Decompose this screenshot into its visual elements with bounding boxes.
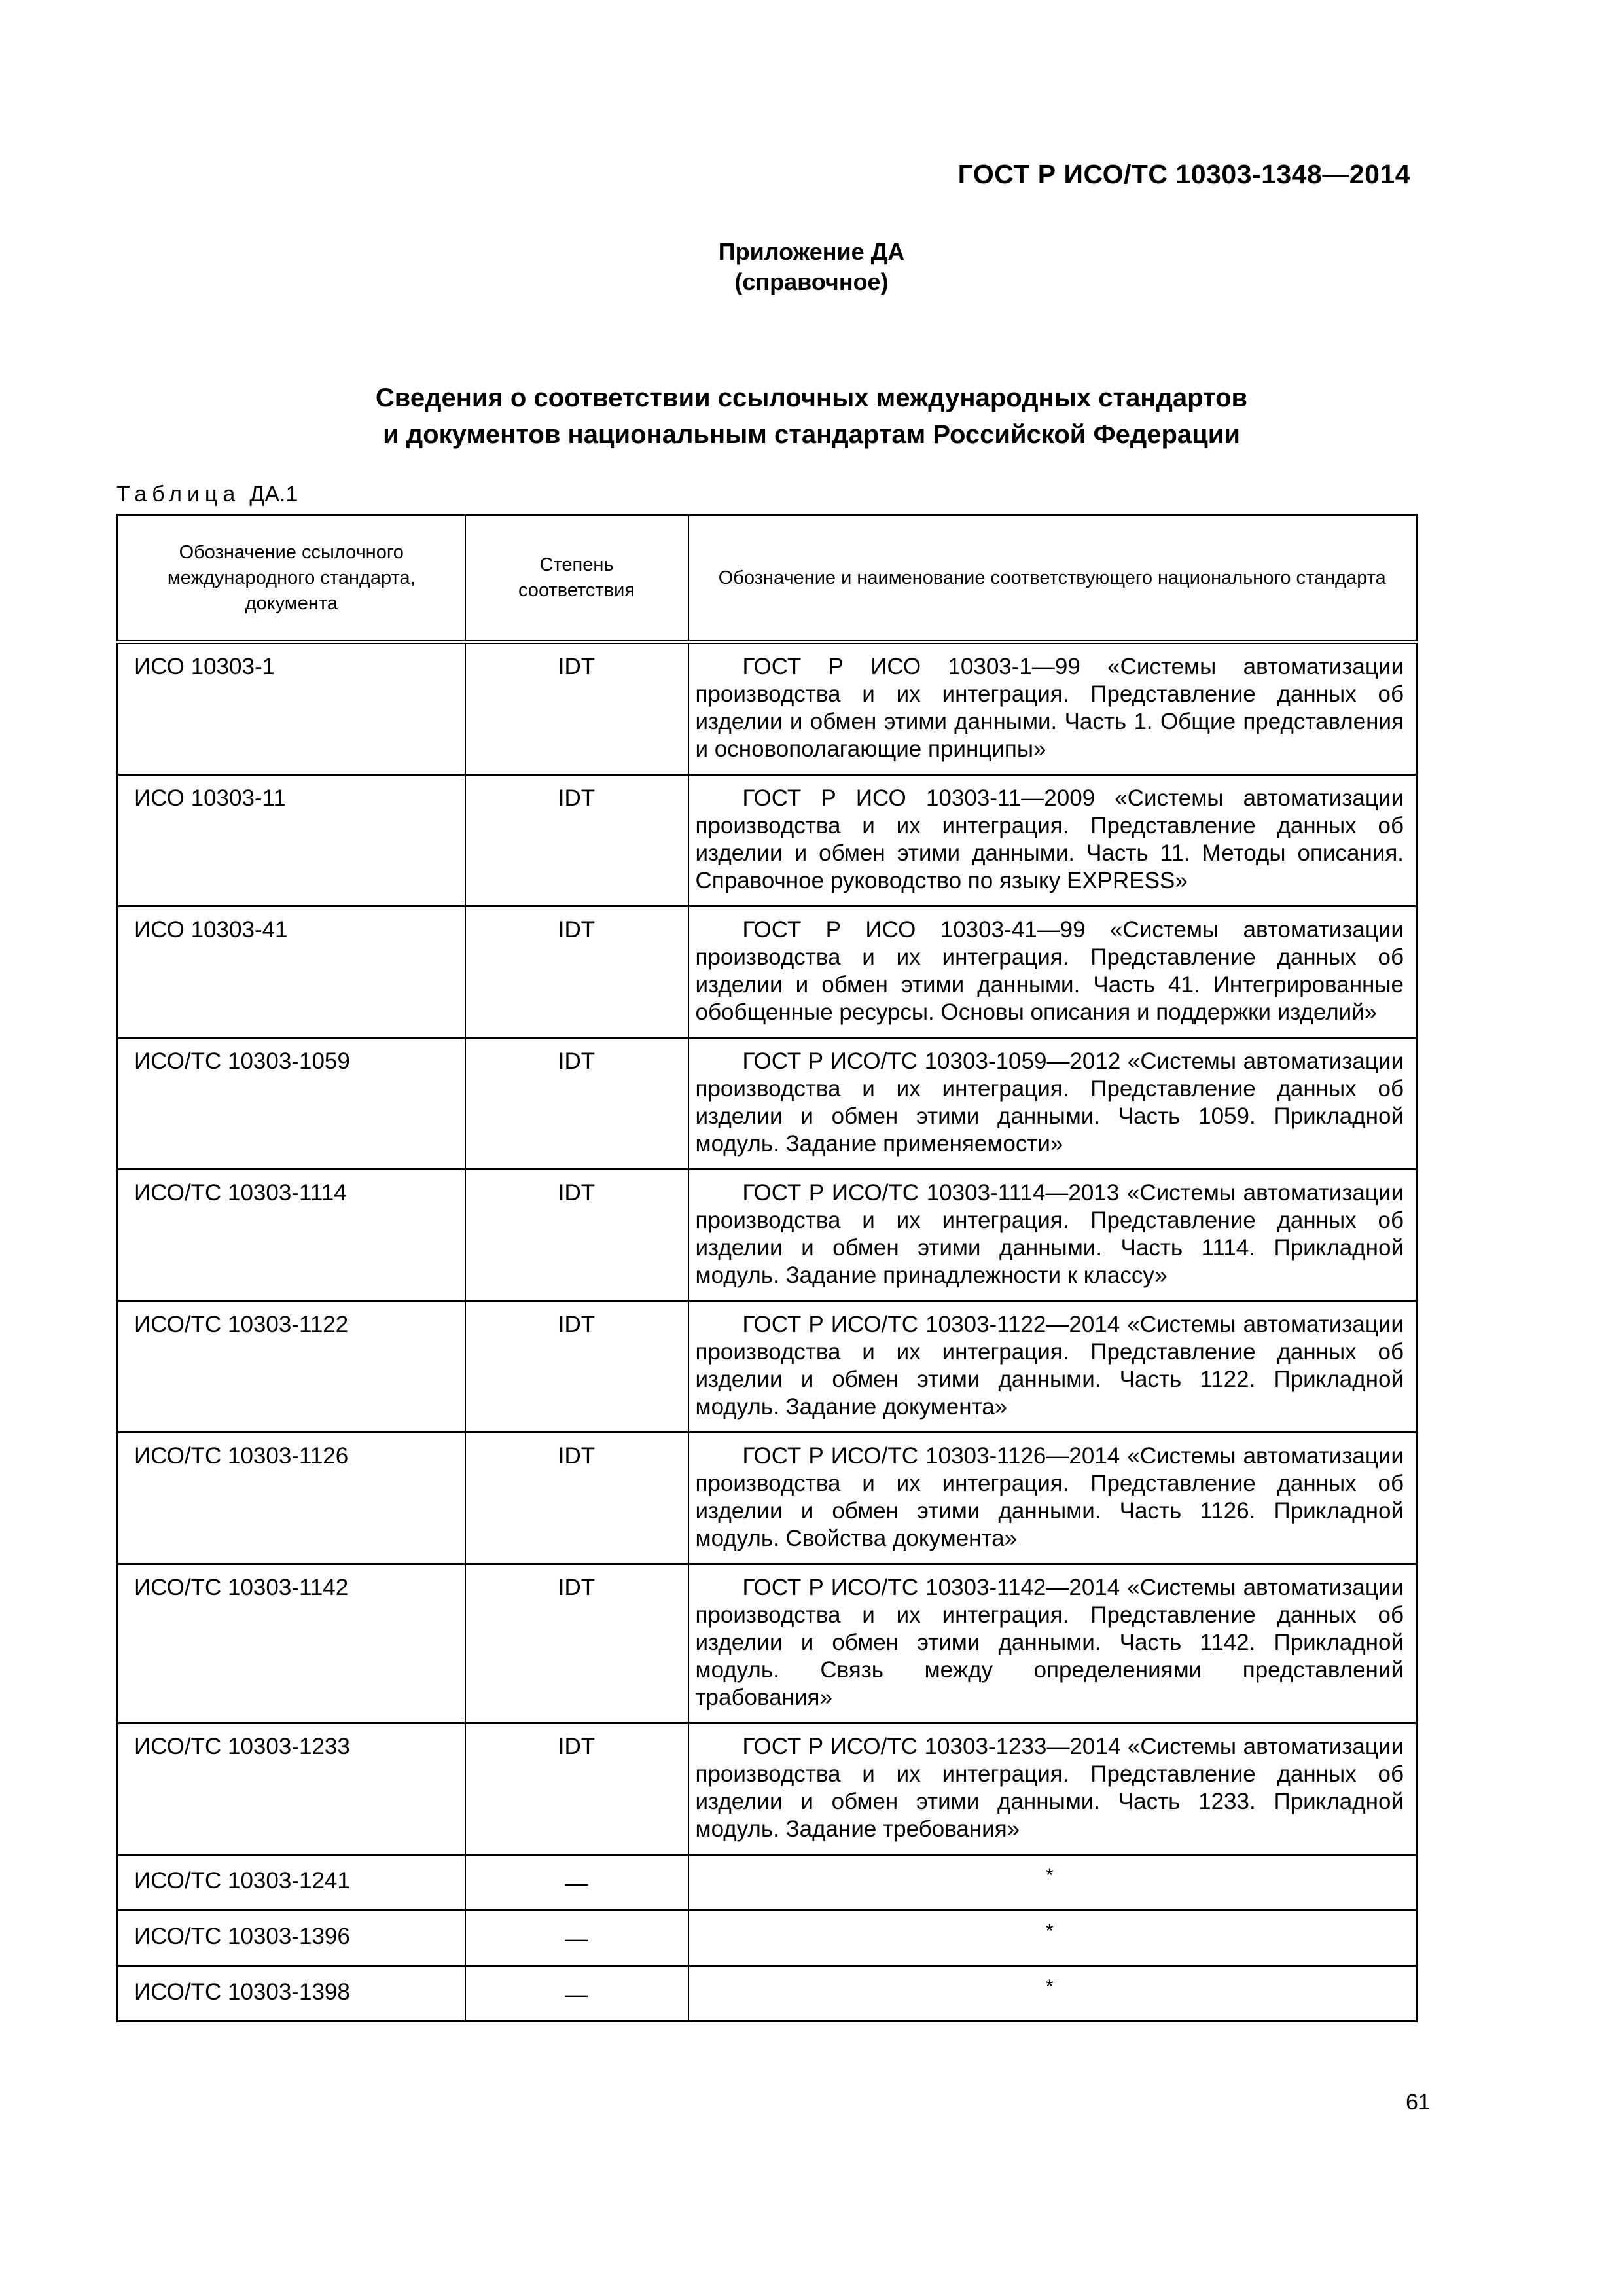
appendix-title-line-1: Сведения о соответствии ссылочных междун… — [0, 380, 1623, 416]
appendix-heading: Приложение ДА (справочное) — [0, 237, 1623, 297]
cell-national-standard: ГОСТ Р ИСО/ТС 10303-1126—2014 «Системы а… — [688, 1433, 1417, 1564]
table-row: ИСО/ТС 10303-1059IDTГОСТ Р ИСО/ТС 10303-… — [118, 1038, 1417, 1170]
table-row: ИСО/ТС 10303-1142IDTГОСТ Р ИСО/ТС 10303-… — [118, 1564, 1417, 1723]
cell-reference: ИСО/ТС 10303-1396 — [118, 1910, 465, 1966]
table-row: ИСО/ТС 10303-1233IDTГОСТ Р ИСО/ТС 10303-… — [118, 1723, 1417, 1855]
cell-national-standard: ГОСТ Р ИСО/ТС 10303-1114—2013 «Системы а… — [688, 1170, 1417, 1301]
cell-degree: — — [465, 1855, 688, 1910]
column-header-degree: Степень соответствия — [465, 515, 688, 643]
table-caption-word: Таблица — [116, 482, 240, 507]
cell-reference: ИСО/ТС 10303-1241 — [118, 1855, 465, 1910]
table-row: ИСО/ТС 10303-1122IDTГОСТ Р ИСО/ТС 10303-… — [118, 1301, 1417, 1433]
cell-degree: IDT — [465, 1038, 688, 1170]
table-header-row: Обозначение ссылочного международного ст… — [118, 515, 1417, 643]
cell-national-standard: ГОСТ Р ИСО 10303-11—2009 «Системы автома… — [688, 775, 1417, 906]
cell-reference: ИСО/ТС 10303-1233 — [118, 1723, 465, 1855]
appendix-title: Сведения о соответствии ссылочных междун… — [0, 380, 1623, 453]
table-row: ИСО/ТС 10303-1114IDTГОСТ Р ИСО/ТС 10303-… — [118, 1170, 1417, 1301]
cell-national-standard: ГОСТ Р ИСО 10303-41—99 «Системы автомати… — [688, 906, 1417, 1038]
cell-degree: IDT — [465, 1170, 688, 1301]
cell-reference: ИСО 10303-1 — [118, 642, 465, 775]
cell-degree: — — [465, 1910, 688, 1966]
correspondence-table: Обозначение ссылочного международного ст… — [116, 514, 1418, 2022]
cell-degree: IDT — [465, 1301, 688, 1433]
cell-degree: IDT — [465, 642, 688, 775]
cell-reference: ИСО/ТС 10303-1114 — [118, 1170, 465, 1301]
cell-national-standard: * — [688, 1855, 1417, 1910]
column-header-national-standard: Обозначение и наименование соответствующ… — [688, 515, 1417, 643]
table-row: ИСО/ТС 10303-1396—* — [118, 1910, 1417, 1966]
cell-reference: ИСО 10303-41 — [118, 906, 465, 1038]
cell-national-standard: ГОСТ Р ИСО/ТС 10303-1142—2014 «Системы а… — [688, 1564, 1417, 1723]
cell-degree: IDT — [465, 1723, 688, 1855]
table-row: ИСО 10303-41IDTГОСТ Р ИСО 10303-41—99 «С… — [118, 906, 1417, 1038]
cell-national-standard: ГОСТ Р ИСО/ТС 10303-1122—2014 «Системы а… — [688, 1301, 1417, 1433]
table-row: ИСО/ТС 10303-1398—* — [118, 1966, 1417, 2022]
table-row: ИСО/ТС 10303-1126IDTГОСТ Р ИСО/ТС 10303-… — [118, 1433, 1417, 1564]
cell-reference: ИСО/ТС 10303-1398 — [118, 1966, 465, 2022]
appendix-label: Приложение ДА — [0, 237, 1623, 267]
document-code: ГОСТ Р ИСО/ТС 10303-1348—2014 — [958, 159, 1410, 190]
cell-national-standard: * — [688, 1966, 1417, 2022]
cell-degree: IDT — [465, 775, 688, 906]
appendix-title-line-2: и документов национальным стандартам Рос… — [0, 416, 1623, 453]
cell-reference: ИСО/ТС 10303-1142 — [118, 1564, 465, 1723]
cell-reference: ИСО/ТС 10303-1059 — [118, 1038, 465, 1170]
cell-degree: IDT — [465, 906, 688, 1038]
table-row: ИСО 10303-1IDTГОСТ Р ИСО 10303-1—99 «Сис… — [118, 642, 1417, 775]
column-header-reference: Обозначение ссылочного международного ст… — [118, 515, 465, 643]
cell-reference: ИСО/ТС 10303-1126 — [118, 1433, 465, 1564]
cell-degree: IDT — [465, 1433, 688, 1564]
cell-national-standard: * — [688, 1910, 1417, 1966]
table-row: ИСО/ТС 10303-1241—* — [118, 1855, 1417, 1910]
appendix-kind: (справочное) — [0, 267, 1623, 297]
cell-national-standard: ГОСТ Р ИСО/ТС 10303-1059—2012 «Системы а… — [688, 1038, 1417, 1170]
table-caption: ТаблицаДА.1 — [116, 482, 298, 507]
page-number: 61 — [1406, 2090, 1431, 2115]
cell-national-standard: ГОСТ Р ИСО 10303-1—99 «Системы автоматиз… — [688, 642, 1417, 775]
cell-degree: IDT — [465, 1564, 688, 1723]
cell-national-standard: ГОСТ Р ИСО/ТС 10303-1233—2014 «Системы а… — [688, 1723, 1417, 1855]
cell-reference: ИСО/ТС 10303-1122 — [118, 1301, 465, 1433]
table-caption-id: ДА.1 — [249, 482, 298, 507]
cell-degree: — — [465, 1966, 688, 2022]
table-row: ИСО 10303-11IDTГОСТ Р ИСО 10303-11—2009 … — [118, 775, 1417, 906]
cell-reference: ИСО 10303-11 — [118, 775, 465, 906]
